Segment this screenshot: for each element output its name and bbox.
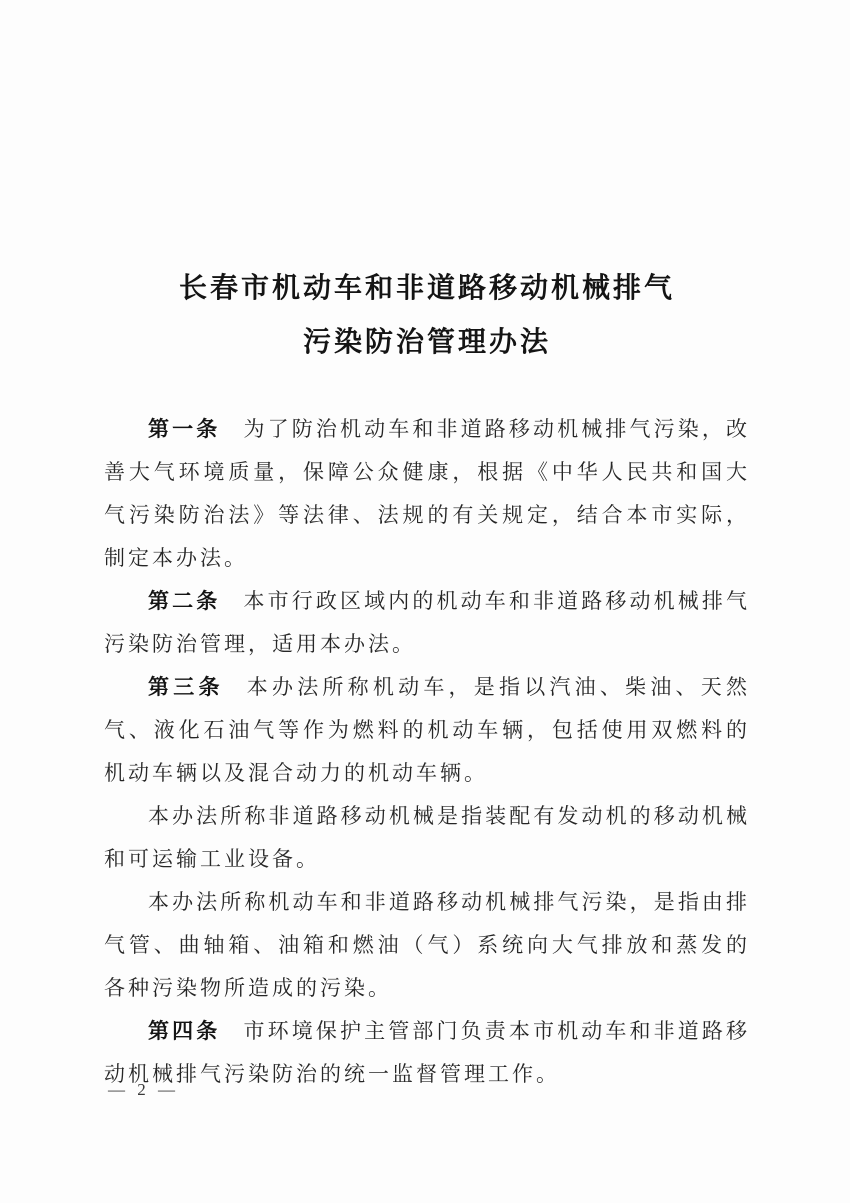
document-title: 长春市机动车和非道路移动机械排气 污染防治管理办法 (104, 262, 750, 370)
paragraph-continuation-2: 本办法所称机动车和非道路移动机械排气污染，是指由排气管、曲轴箱、油箱和燃油（气）… (104, 881, 750, 1010)
paragraph-article-2: 第二条本市行政区域内的机动车和非道路移动机械排气污染防治管理，适用本办法。 (104, 580, 750, 666)
paragraph-article-4: 第四条市环境保护主管部门负责本市机动车和非道路移动机械排气污染防治的统一监督管理… (104, 1010, 750, 1096)
document-title-line-2: 污染防治管理办法 (104, 316, 750, 370)
page-number: — 2 — (108, 1080, 179, 1100)
document-page: 长春市机动车和非道路移动机械排气 污染防治管理办法 第一条为了防治机动车和非道路… (0, 0, 850, 1203)
document-content: 长春市机动车和非道路移动机械排气 污染防治管理办法 第一条为了防治机动车和非道路… (104, 262, 750, 1096)
paragraph-article-3: 第三条本办法所称机动车，是指以汽油、柴油、天然气、液化石油气等作为燃料的机动车辆… (104, 666, 750, 795)
paragraph-text: 本办法所称非道路移动机械是指装配有发动机的移动机械和可运输工业设备。 (104, 804, 750, 871)
document-title-line-1: 长春市机动车和非道路移动机械排气 (104, 262, 750, 316)
article-label: 第三条 (148, 675, 224, 699)
article-label: 第二条 (148, 589, 220, 613)
document-body: 第一条为了防治机动车和非道路移动机械排气污染，改善大气环境质量，保障公众健康，根… (104, 408, 750, 1096)
paragraph-text: 本办法所称机动车和非道路移动机械排气污染，是指由排气管、曲轴箱、油箱和燃油（气）… (104, 890, 750, 1000)
paragraph-continuation-1: 本办法所称非道路移动机械是指装配有发动机的移动机械和可运输工业设备。 (104, 795, 750, 881)
paragraph-article-1: 第一条为了防治机动车和非道路移动机械排气污染，改善大气环境质量，保障公众健康，根… (104, 408, 750, 580)
article-label: 第一条 (148, 417, 220, 441)
article-label: 第四条 (148, 1019, 220, 1043)
